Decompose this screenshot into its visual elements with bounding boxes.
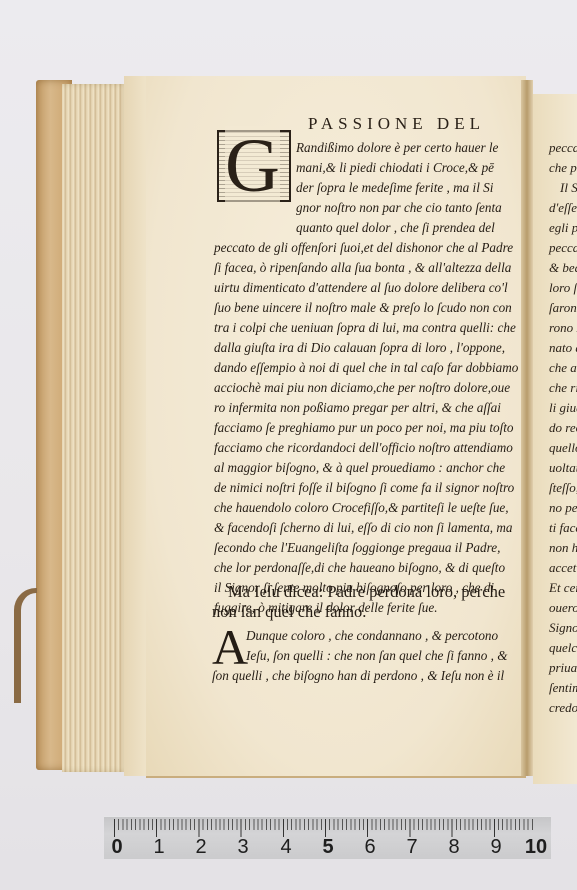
text-line: acciochè mai piu non diciamo,che per noſ…: [214, 378, 510, 398]
ruler-label: 4: [280, 836, 291, 859]
facing-line: rono Ie: [549, 318, 577, 338]
facing-line: Et cert: [549, 578, 577, 598]
facing-line: peccato: [549, 138, 577, 158]
book-gutter: [521, 80, 533, 776]
ruler-label: 10: [525, 836, 547, 859]
text-line: Randißimo dolore è per certo hauer le: [296, 138, 498, 158]
facing-line: ſentim: [549, 678, 577, 698]
facing-line: do reo: [549, 418, 577, 438]
text-line: dando eſſempio à noi di quel che in tal …: [214, 358, 518, 378]
facing-line: ti facci: [549, 518, 577, 538]
ruler-label: 1: [153, 836, 164, 859]
text-line: mani,& li piedi chiodati i Croce,& pē: [296, 158, 494, 178]
measurement-ruler: 0 1 2 3 4 5 6 7 8 9 10: [104, 816, 551, 859]
ruler-label: 8: [448, 836, 459, 859]
text-line: ſuo bene uincere il noſtro male & preſo …: [214, 298, 512, 318]
text-line: che lor perdonaſſe,di che haueano biſogn…: [214, 558, 505, 578]
text-line: al maggior biſogno, & à quel prouediamo …: [214, 458, 505, 478]
page-fore-edge: [62, 84, 128, 772]
facing-line: li giud: [549, 398, 577, 418]
facing-line: & beat: [549, 258, 577, 278]
quote-line: Ma Ieſu dicea: Padre perdona loro, perch…: [228, 582, 505, 602]
text-line: ro infermita non poßiamo pregar per altr…: [214, 398, 501, 418]
text-line: dalla giuſta ira di Dio calauan ſopra di…: [214, 338, 505, 358]
drop-initial-a: A: [212, 622, 248, 672]
text-line: facciamo che ricordandoci dell'officio n…: [214, 438, 513, 458]
facing-line: che ric: [549, 378, 577, 398]
text-line: Ieſu, ſon quelli : che non ſan quel che …: [246, 646, 508, 666]
text-line: ſon quelli , che biſogno han di perdono …: [212, 666, 504, 686]
facing-line: ouero: [549, 598, 577, 618]
ruler-label: 0: [111, 836, 122, 859]
text-line: uirtu dimenticato d'attendere al ſuo dol…: [214, 278, 508, 298]
facing-line: Il Si: [560, 178, 577, 198]
ruler-label: 7: [406, 836, 417, 859]
facing-line: credon: [549, 698, 577, 718]
ruler-label: 3: [237, 836, 248, 859]
facing-line: uoltato: [549, 458, 577, 478]
text-line: ſi facea, ò ripenſando alla ſua bonta , …: [214, 258, 511, 278]
facing-line: che anc: [549, 358, 577, 378]
facing-line: quello,: [549, 438, 577, 458]
text-line: peccato de gli offenſori ſuoi,et del dis…: [214, 238, 513, 258]
text-line: quanto quel dolor , che ſi prendea del: [296, 218, 495, 238]
facing-line: egli pat: [549, 218, 577, 238]
text-line: ſecondo che l'Euangeliſta ſoggionge preg…: [214, 538, 500, 558]
facing-line: d'eſſer i: [549, 198, 577, 218]
leather-tie-strap: [14, 588, 37, 703]
text-line: der ſopra le medeſime ferite , ma il Si: [296, 178, 493, 198]
facing-line: nato dic: [549, 338, 577, 358]
text-line: gnor noſtro non par che cio tanto ſenta: [296, 198, 502, 218]
text-line: de nimici noſtri foſſe il biſogno ſi com…: [214, 478, 514, 498]
facing-line: no per: [549, 498, 577, 518]
facing-line: che puo: [549, 158, 577, 178]
text-line: & facendoſi ſcherno di lui, eſſo di cio …: [214, 518, 513, 538]
text-line: Dunque coloro , che condannano , & perco…: [246, 626, 498, 646]
ruler-label: 2: [195, 836, 206, 859]
running-head: PASSIONE DEL: [308, 114, 485, 134]
facing-line: acceti l: [549, 558, 577, 578]
facing-line: priuar: [549, 658, 577, 678]
facing-line: loro ſteſ: [549, 278, 577, 298]
ruler-label: 9: [490, 836, 501, 859]
ruler-ticks: [114, 819, 536, 837]
woodcut-initial: G: [217, 130, 291, 202]
facing-line: Signor: [549, 618, 577, 638]
facing-line: ſarono,: [549, 298, 577, 318]
facing-line: ſteſſo,e: [549, 478, 577, 498]
text-line: tra i colpi che ueniuan ſopra di lui, ma…: [214, 318, 516, 338]
facing-line: non hab: [549, 538, 577, 558]
ruler-label: 6: [364, 836, 375, 859]
text-line: che hauendolo coloro Crocefiſſo,& partit…: [214, 498, 509, 518]
ruler-label: 5: [322, 836, 333, 859]
facing-line: peccaua: [549, 238, 577, 258]
initial-letter: G: [225, 126, 280, 206]
facing-line: quelch: [549, 638, 577, 658]
text-line: facciamo ſe preghiamo pur un poco per no…: [214, 418, 514, 438]
